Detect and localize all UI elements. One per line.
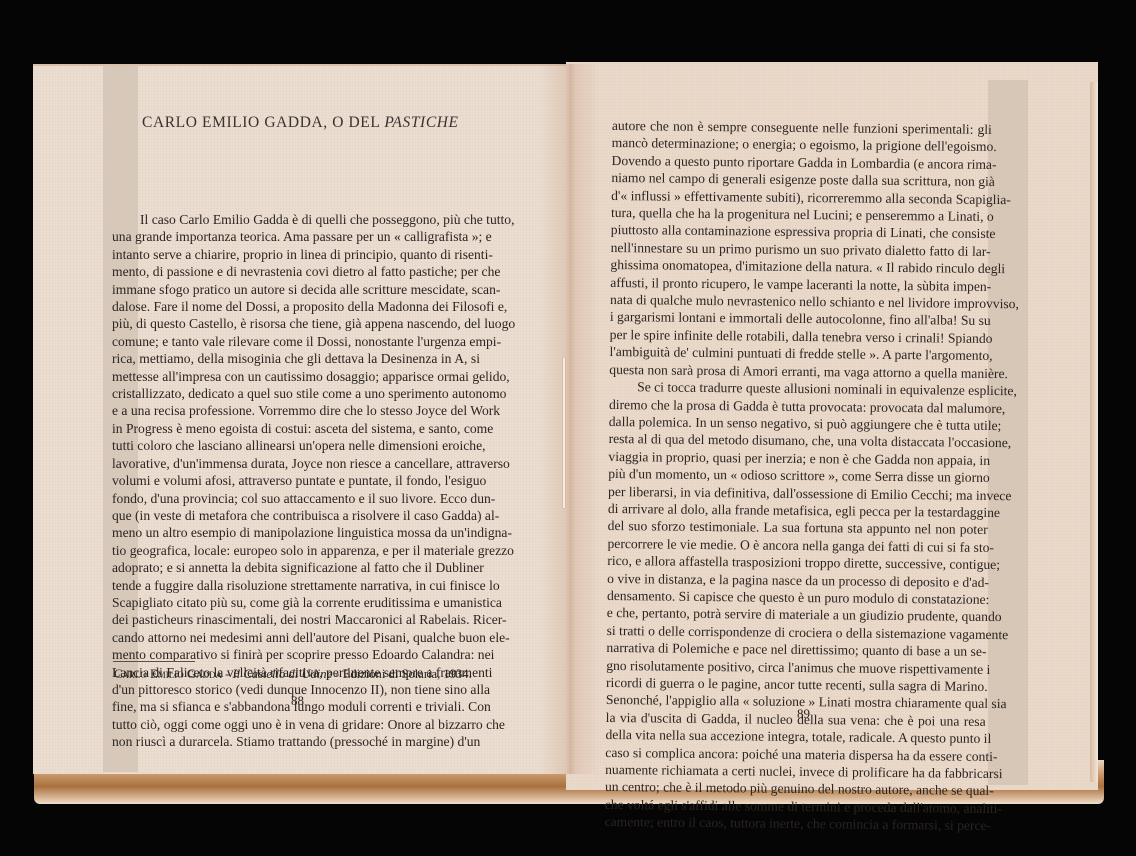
text-line: mettesse all'impresa con un cautissimo d… [112, 368, 480, 385]
footnote-publisher: Edizioni di Solaria, 1934. [343, 667, 472, 681]
text-line: lavorative, d'un'immensa durata, Joyce n… [112, 455, 480, 472]
footnote-separator: - [332, 667, 343, 681]
text-line: cando attorno nei medesimi anni dell'aut… [112, 629, 480, 646]
text-line: tio geografica, locale: europeo solo in … [112, 542, 480, 559]
footnote-separator: - [222, 667, 233, 681]
text-line: meno un altro esempio di manipolazione l… [112, 524, 480, 541]
text-line: dalose. Fare il nome del Dossi, a propos… [112, 298, 480, 315]
text-line: Il caso Carlo Emilio Gadda è di quelli c… [112, 211, 480, 228]
text-line: rica, mettiamo, della misoginia che gli … [112, 350, 480, 367]
text-line: immane sfogo pratico un autore si decida… [112, 281, 480, 298]
binding-stitch [563, 358, 565, 508]
footnote-author: Carlo Emilio Gadda [114, 667, 222, 681]
text-line: tutto ciò, oggi come oggi uno è in vena … [112, 716, 480, 733]
footnote-work: Il Castello di Udine [232, 667, 332, 681]
text-line: dei pasticheurs rinascimentali, dei nost… [112, 611, 480, 628]
text-line: que (in veste di metafora che contribuis… [112, 507, 480, 524]
text-line: comune; e tanto vale rilevare come il Do… [112, 333, 480, 350]
page-number-left: 88 [291, 693, 304, 709]
text-line: non riuscì a durarcela. Stiamo trattando… [112, 733, 480, 750]
chapter-title: CARLO EMILIO GADDA, O DEL PASTICHE [142, 114, 482, 132]
text-line: più, di questo Castello, è risorsa che t… [112, 315, 480, 332]
text-line: fondo, d'una provincia; col suo attaccam… [112, 490, 480, 507]
footnote: Carlo Emilio Gadda - Il Castello di Udin… [114, 667, 484, 682]
text-line: tende a fuggire dalla risoluzione strett… [112, 577, 480, 594]
footnote-rule [113, 661, 195, 662]
text-line: intanto serve a chiarire, proprio in lin… [112, 246, 480, 263]
chapter-title-italic: PASTICHE [384, 114, 458, 131]
text-line: adoprato; e si annetta la debita signifi… [112, 559, 480, 576]
open-book: CARLO EMILIO GADDA, O DEL PASTICHE Il ca… [0, 0, 1136, 856]
book-gutter [540, 64, 600, 774]
text-line: una grande importanza teorica. Ama passa… [112, 228, 480, 245]
chapter-title-main: CARLO EMILIO GADDA, O DEL [142, 114, 384, 131]
text-line: cristallizzato, dedicato a quel suo stil… [112, 385, 480, 402]
text-line: in Progress è meno egoista di costui: as… [112, 420, 480, 437]
text-line: Scapigliato citato più su, come già la c… [112, 594, 480, 611]
text-line: camente; entro il caos, tuttora inerte, … [605, 813, 985, 834]
text-line: e a una recisa professione. Vorremmo dir… [112, 402, 480, 419]
right-page-body: autore che non è sempre conseguente nell… [605, 117, 992, 835]
right-page-edge [1090, 82, 1098, 782]
text-line: volumi e volumi afosi, attraverso puntat… [112, 472, 480, 489]
text-line: mento, di passione e di nevrastenia covi… [112, 263, 480, 280]
page-number-right: 89 [797, 706, 810, 722]
text-line: tutti coloro che lasciano allinearsi un'… [112, 437, 480, 454]
